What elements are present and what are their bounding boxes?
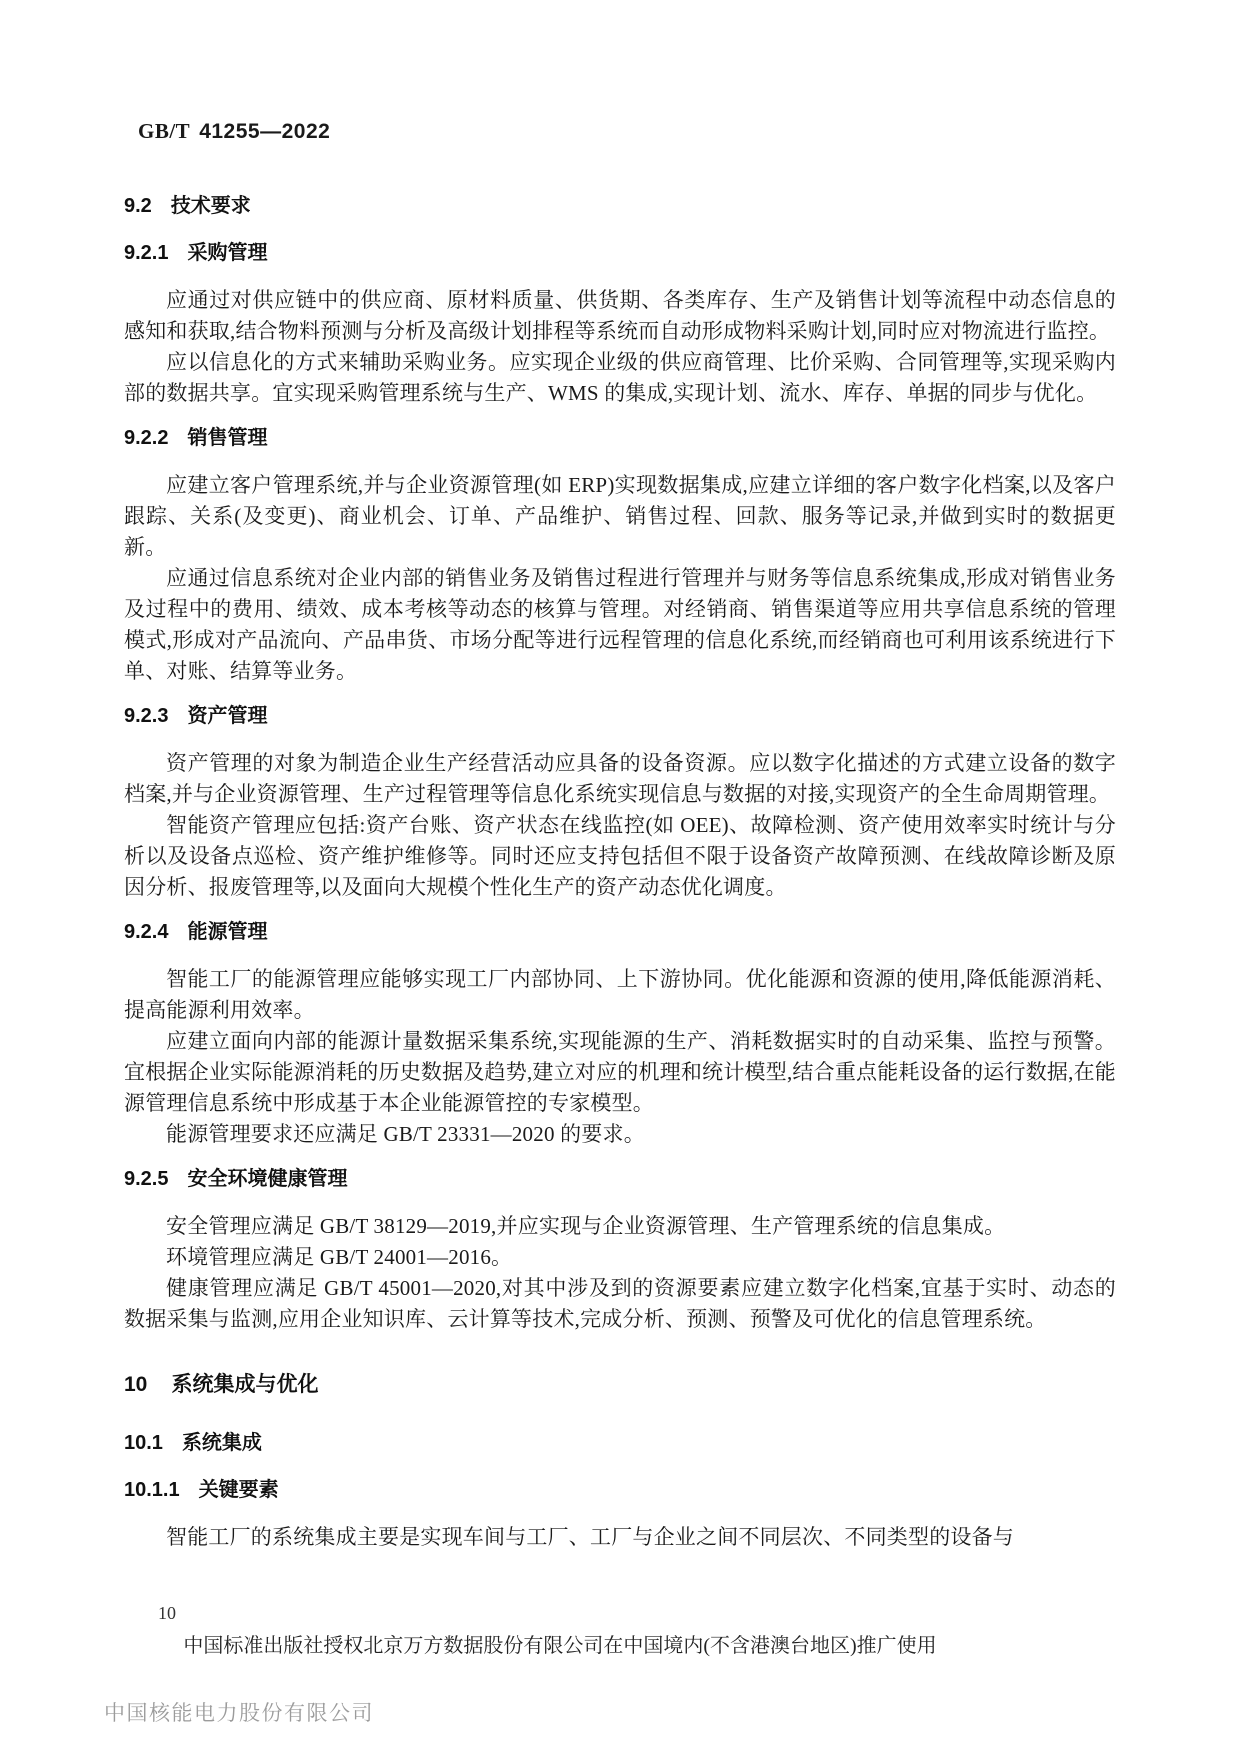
section-title: 销售管理 [187,427,267,449]
section-number: 9.2.1 [124,242,168,264]
section-title: 安全环境健康管理 [187,1168,347,1190]
page-content: GB/T41255—2022 9.2技术要求 9.2.1采购管理 应通过对供应链… [124,0,1116,1553]
standard-code-prefix: GB/T [138,119,190,143]
chapter-title: 系统集成与优化 [172,1373,319,1396]
section-heading-9-2: 9.2技术要求 [124,191,1116,222]
paragraph: 资产管理的对象为制造企业生产经营活动应具备的设备资源。应以数字化描述的方式建立设… [124,748,1116,810]
chapter-heading-10: 10系统集成与优化 [124,1369,1116,1400]
page-number: 10 [158,1602,176,1624]
section-heading-9-2-2: 9.2.2销售管理 [124,423,1116,454]
document-page: GB/T41255—2022 9.2技术要求 9.2.1采购管理 应通过对供应链… [0,0,1240,1755]
paragraph: 应建立面向内部的能源计量数据采集系统,实现能源的生产、消耗数据实时的自动采集、监… [124,1026,1116,1119]
paragraph: 应以信息化的方式来辅助采购业务。应实现企业级的供应商管理、比价采购、合同管理等,… [124,347,1116,409]
section-number: 10.1 [124,1432,163,1454]
section-title: 资产管理 [187,705,267,727]
paragraph: 应建立客户管理系统,并与企业资源管理(如 ERP)实现数据集成,应建立详细的客户… [124,470,1116,563]
section-title: 采购管理 [187,242,267,264]
section-number: 10.1.1 [124,1479,180,1501]
section-heading-10-1: 10.1系统集成 [124,1428,1116,1459]
section-number: 9.2.3 [124,705,168,727]
section-title: 系统集成 [182,1432,262,1454]
standard-code-number: 41255—2022 [199,120,330,143]
section-number: 9.2.5 [124,1168,168,1190]
paragraph: 智能资产管理应包括:资产台账、资产状态在线监控(如 OEE)、故障检测、资产使用… [124,810,1116,903]
section-heading-9-2-5: 9.2.5安全环境健康管理 [124,1164,1116,1195]
section-title: 能源管理 [187,921,267,943]
authorization-note: 中国标准出版社授权北京万方数据股份有限公司在中国境内(不含港澳台地区)推广使用 [170,1633,950,1659]
paragraph: 安全管理应满足 GB/T 38129—2019,并应实现与企业资源管理、生产管理… [124,1211,1116,1242]
standard-code-header: GB/T41255—2022 [138,118,1116,145]
paragraph: 环境管理应满足 GB/T 24001—2016。 [124,1242,1116,1273]
paragraph: 应通过对供应链中的供应商、原材料质量、供货期、各类库存、生产及销售计划等流程中动… [124,285,1116,347]
section-title: 技术要求 [171,195,251,217]
section-number: 9.2 [124,195,152,217]
section-number: 9.2.4 [124,921,168,943]
section-heading-9-2-1: 9.2.1采购管理 [124,238,1116,269]
chapter-number: 10 [124,1373,147,1396]
paragraph: 能源管理要求还应满足 GB/T 23331—2020 的要求。 [124,1119,1116,1150]
paragraph: 智能工厂的能源管理应能够实现工厂内部协同、上下游协同。优化能源和资源的使用,降低… [124,964,1116,1026]
paragraph: 应通过信息系统对企业内部的销售业务及销售过程进行管理并与财务等信息系统集成,形成… [124,563,1116,687]
paragraph: 健康管理应满足 GB/T 45001—2020,对其中涉及到的资源要素应建立数字… [124,1273,1116,1335]
paragraph: 智能工厂的系统集成主要是实现车间与工厂、工厂与企业之间不同层次、不同类型的设备与 [124,1522,1116,1553]
section-heading-9-2-4: 9.2.4能源管理 [124,917,1116,948]
section-heading-9-2-3: 9.2.3资产管理 [124,701,1116,732]
section-number: 9.2.2 [124,427,168,449]
section-heading-10-1-1: 10.1.1关键要素 [124,1475,1116,1506]
section-title: 关键要素 [199,1479,279,1501]
company-watermark: 中国核能电力股份有限公司 [104,1700,374,1726]
